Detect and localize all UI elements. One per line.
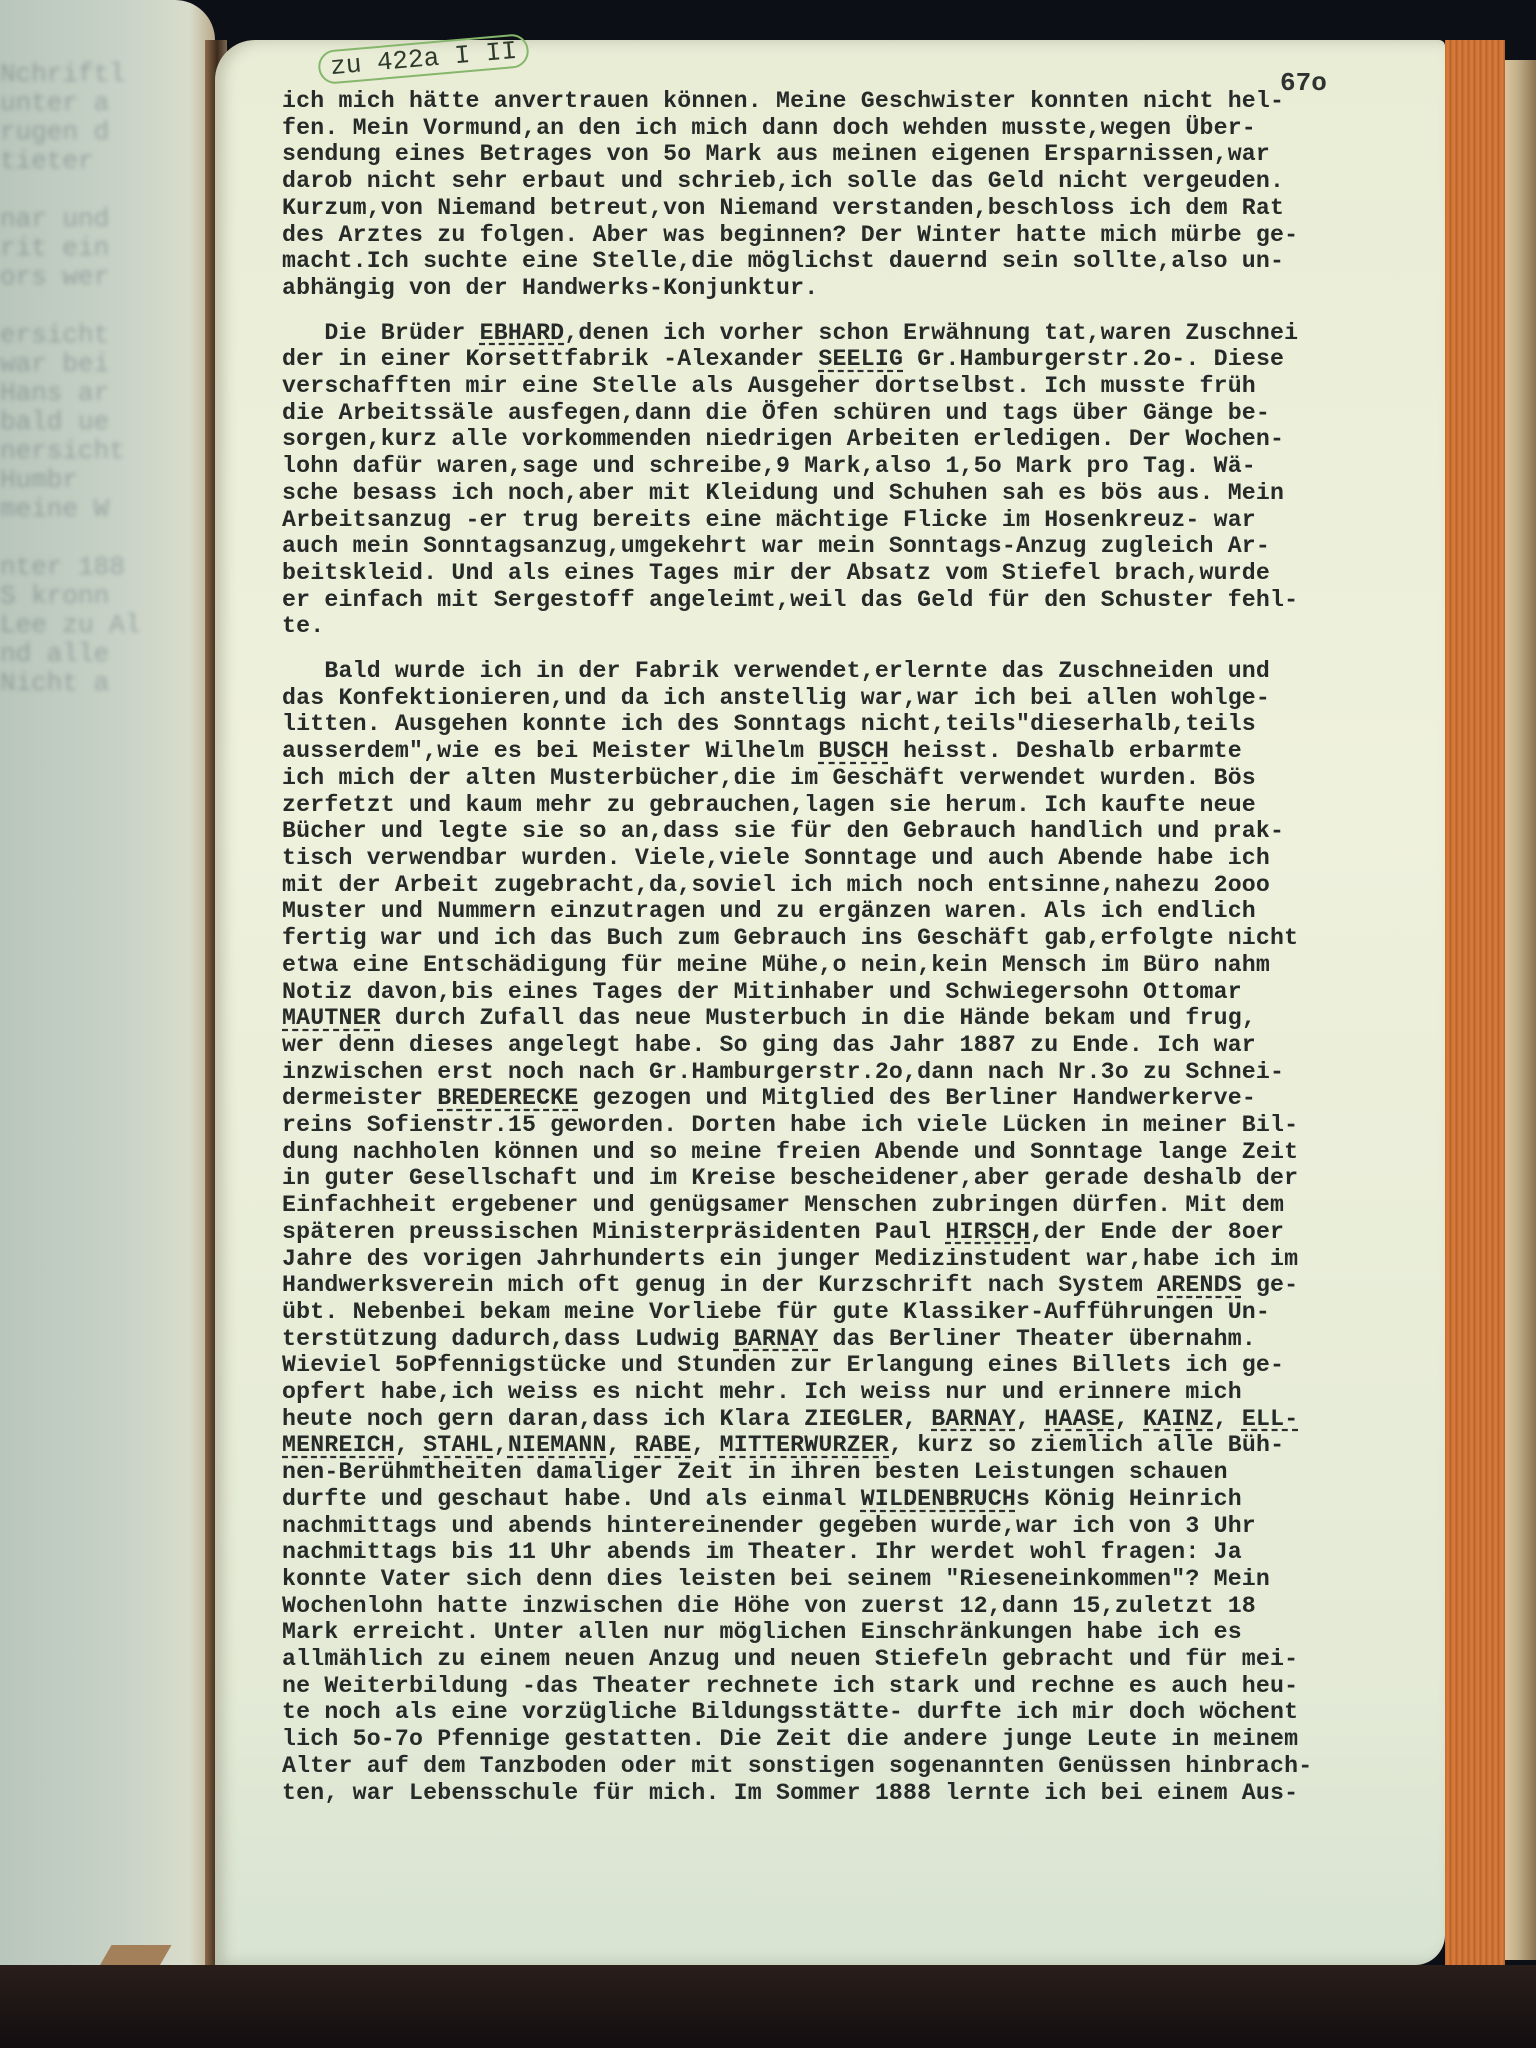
- text-line: fertig war und ich das Buch zum Gebrauch…: [282, 925, 1472, 952]
- text-line: fen. Mein Vormund,an den ich mich dann d…: [282, 115, 1472, 142]
- text-line: inzwischen erst noch nach Gr.Hamburgerst…: [282, 1059, 1472, 1086]
- book-cover-edge: [1505, 60, 1536, 1960]
- left-page: Nchriftl unter a rugen d tieter nar und …: [0, 0, 215, 1990]
- text-line: heute noch gern daran,dass ich Klara ZIE…: [282, 1406, 1472, 1433]
- text-line: Alter auf dem Tanzboden oder mit sonstig…: [282, 1753, 1472, 1780]
- text-line: darob nicht sehr erbaut und schrieb,ich …: [282, 168, 1472, 195]
- text-line: Einfachheit ergebener und genügsamer Men…: [282, 1192, 1472, 1219]
- typewritten-body-text: ich mich hätte anvertrauen können. Meine…: [282, 88, 1472, 1806]
- text-line: ich mich der alten Musterbücher,die im G…: [282, 765, 1472, 792]
- text-line: auch mein Sonntagsanzug,umgekehrt war me…: [282, 533, 1472, 560]
- text-line: nen-Berühmtheiten damaliger Zeit in ihre…: [282, 1459, 1472, 1486]
- text-line: Jahre des vorigen Jahrhunderts ein junge…: [282, 1246, 1472, 1273]
- text-line: nachmittags bis 11 Uhr abends im Theater…: [282, 1539, 1472, 1566]
- text-line: der in einer Korsettfabrik -Alexander SE…: [282, 346, 1472, 373]
- text-line: Bücher und legte sie so an,dass sie für …: [282, 818, 1472, 845]
- text-line: ten, war Lebensschule für mich. Im Somme…: [282, 1780, 1472, 1807]
- text-line: das Konfektionieren,und da ich anstellig…: [282, 685, 1472, 712]
- text-line: Mark erreicht. Unter allen nur möglichen…: [282, 1619, 1472, 1646]
- text-line: lohn dafür waren,sage und schreibe,9 Mar…: [282, 453, 1472, 480]
- paragraph-gap: [282, 302, 1472, 320]
- paragraph-gap: [282, 640, 1472, 658]
- text-line: Kurzum,von Niemand betreut,von Niemand v…: [282, 195, 1472, 222]
- text-line: mit der Arbeit zugebracht,da,soviel ich …: [282, 872, 1472, 899]
- text-line: ausserdem",wie es bei Meister Wilhelm BU…: [282, 738, 1472, 765]
- text-line: wer denn dieses angelegt habe. So ging d…: [282, 1032, 1472, 1059]
- text-line: die Arbeitssäle ausfegen,dann die Öfen s…: [282, 400, 1472, 427]
- text-line: litten. Ausgehen konnte ich des Sonntags…: [282, 711, 1472, 738]
- text-line: nachmittags und abends hintereinender ge…: [282, 1513, 1472, 1540]
- text-line: tisch verwendbar wurden. Viele,viele Son…: [282, 845, 1472, 872]
- text-line: zerfetzt und kaum mehr zu gebrauchen,lag…: [282, 792, 1472, 819]
- text-line: macht.Ich suchte eine Stelle,die möglich…: [282, 248, 1472, 275]
- text-line: dung nachholen können und so meine freie…: [282, 1139, 1472, 1166]
- text-line: übt. Nebenbei bekam meine Vorliebe für g…: [282, 1299, 1472, 1326]
- text-line: te.: [282, 613, 1472, 640]
- text-line: MAUTNER durch Zufall das neue Musterbuch…: [282, 1005, 1472, 1032]
- text-line: in guter Gesellschaft und im Kreise besc…: [282, 1165, 1472, 1192]
- text-line: MENREICH, STAHL,NIEMANN, RABE, MITTERWUR…: [282, 1432, 1472, 1459]
- text-line: Muster und Nummern einzutragen und zu er…: [282, 898, 1472, 925]
- text-line: ich mich hätte anvertrauen können. Meine…: [282, 88, 1472, 115]
- text-line: Wochenlohn hatte inzwischen die Höhe von…: [282, 1593, 1472, 1620]
- left-page-bleed-text: Nchriftl unter a rugen d tieter nar und …: [0, 60, 200, 1920]
- text-line: er einfach mit Sergestoff angeleimt,weil…: [282, 587, 1472, 614]
- text-line: dermeister BREDERECKE gezogen und Mitgli…: [282, 1085, 1472, 1112]
- text-line: Bald wurde ich in der Fabrik verwendet,e…: [282, 658, 1472, 685]
- text-line: lich 5o-7o Pfennige gestatten. Die Zeit …: [282, 1726, 1472, 1753]
- text-line: sche besass ich noch,aber mit Kleidung u…: [282, 480, 1472, 507]
- text-line: opfert habe,ich weiss es nicht mehr. Ich…: [282, 1379, 1472, 1406]
- text-line: beitskleid. Und als eines Tages mir der …: [282, 560, 1472, 587]
- text-line: terstützung dadurch,dass Ludwig BARNAY d…: [282, 1326, 1472, 1353]
- text-line: ne Weiterbildung -das Theater rechnete i…: [282, 1673, 1472, 1700]
- table-surface: [0, 1965, 1536, 2048]
- text-line: Wieviel 5oPfennigstücke und Stunden zur …: [282, 1352, 1472, 1379]
- text-line: konnte Vater sich denn dies leisten bei …: [282, 1566, 1472, 1593]
- text-line: etwa eine Entschädigung für meine Mühe,o…: [282, 952, 1472, 979]
- text-line: Notiz davon,bis eines Tages der Mitinhab…: [282, 979, 1472, 1006]
- text-line: reins Sofienstr.15 geworden. Dorten habe…: [282, 1112, 1472, 1139]
- text-line: te noch als eine vorzügliche Bildungsstä…: [282, 1699, 1472, 1726]
- text-line: verschafften mir eine Stelle als Ausgehe…: [282, 373, 1472, 400]
- text-line: Arbeitsanzug -er trug bereits eine mächt…: [282, 507, 1472, 534]
- text-line: durfte und geschaut habe. Und als einmal…: [282, 1486, 1472, 1513]
- text-line: Die Brüder EBHARD,denen ich vorher schon…: [282, 320, 1472, 347]
- text-line: Handwerksverein mich oft genug in der Ku…: [282, 1272, 1472, 1299]
- text-line: abhängig von der Handwerks-Konjunktur.: [282, 275, 1472, 302]
- text-line: sorgen,kurz alle vorkommenden niedrigen …: [282, 426, 1472, 453]
- text-line: allmählich zu einem neuen Anzug und neue…: [282, 1646, 1472, 1673]
- text-line: des Arztes zu folgen. Aber was beginnen?…: [282, 222, 1472, 249]
- text-line: sendung eines Betrages von 5o Mark aus m…: [282, 141, 1472, 168]
- text-line: späteren preussischen Ministerpräsidente…: [282, 1219, 1472, 1246]
